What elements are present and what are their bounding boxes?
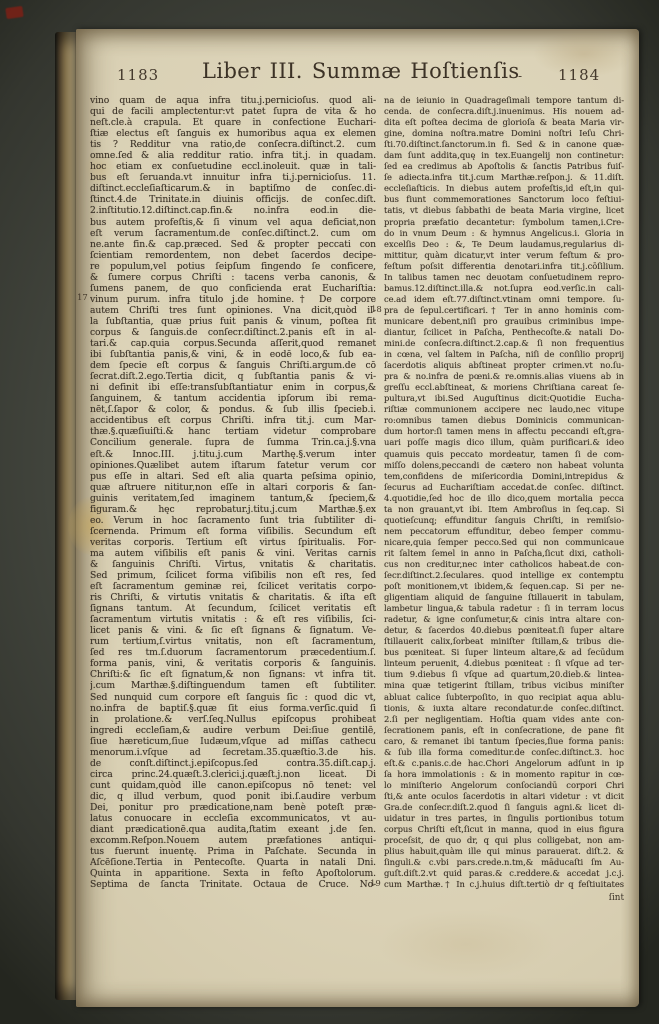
text-line: dam ſunt addita,quę in tex.Euangelij non…	[384, 150, 624, 161]
text-line: ſtiæ electus eſt ſanguis ex humoribus aq…	[90, 128, 376, 139]
text-line: Aſcēſione.Tertia in Pentecoſte. Quarta i…	[90, 857, 376, 868]
text-line: licet panis & vini. & ſic eſt ſignans & …	[90, 625, 376, 636]
text-line: cus non creditur,nec inter catholicos ha…	[384, 559, 624, 570]
text-line: bus autem profeſtis,& ſi vinum vel aqua …	[90, 217, 376, 228]
text-line: thæ.§.quæſiuiſti.& hanc tertiam videtur …	[90, 426, 376, 437]
text-line: cum Marthæ.† In c.j.huius diſt.tertiò dr…	[384, 879, 624, 890]
text-line: ſecurus ad Euchariſtiam accedat.de conſe…	[384, 482, 624, 493]
text-line: ſe adiecta.infra tit.j.cum Marthæ.reſpon…	[384, 172, 624, 183]
text-line: ro:omnibus tamen diebus Dominicis commun…	[384, 415, 624, 426]
text-line: caro, & remanet ibi tantum ſpecies,ſiue …	[384, 736, 624, 747]
text-line: tatis, vt diebus ſabbathi de beata Maria…	[384, 205, 624, 216]
text-line: Concilium generale. ſupra de ſumma Trin.…	[90, 437, 376, 448]
text-line: do in vnum Deum : & hymnus Angelicus.i. …	[384, 228, 624, 239]
text-line: 2.inſtitutio.12.diſtinct.cap.fin.& no.in…	[90, 205, 376, 216]
text-line: ſacramentum virtutis vnitatis : & eſt re…	[90, 614, 376, 625]
text-line: menorum.i.vſque ad ſecretam.35.quæſtio.3…	[90, 747, 376, 758]
text-line: Sed nunquid cum corpore eſt ſanguis ſic …	[90, 692, 376, 703]
text-line: miſſo dolens,peccandi de cætero non habe…	[384, 460, 624, 471]
text-line: la ſubſtantia, quæ prius fuit panis & vi…	[90, 316, 376, 327]
text-line: municare debent,niſi pro grauibus crimin…	[384, 316, 624, 327]
text-line: cenda. de conſecra.diſt.j.inuenimus. His…	[384, 106, 624, 117]
header-separator-mark: -	[518, 69, 522, 83]
text-column-right: na de ieiunio in Quadrageſimali tempore …	[384, 95, 624, 890]
text-line: ſed res tm.ſ.duorum ſacramentorum præced…	[90, 647, 376, 658]
text-line: riſtiæ communionem accipere nec laudo,ne…	[384, 404, 624, 415]
running-title: Liber III. Summæ Hoſtienſis	[202, 59, 520, 83]
text-line: greſſu eccl.abſtineat, & moriens Chriſti…	[384, 382, 624, 393]
text-line: proceſsit, de quo dr, q qui plus collige…	[384, 835, 624, 846]
text-line: tari.& cap.quia corpus.Secunda aſſerit,q…	[90, 338, 376, 349]
text-line: in prolatione.& verſ.ſeq.Nullus epiſcopu…	[90, 714, 376, 725]
text-line: ſanguinem, & tantum accidentia ipſorum i…	[90, 393, 376, 404]
text-line: detur, & ſacerdos 40.diebus pœniteat.ſi …	[384, 625, 624, 636]
text-line: neſt.cle.à crapula. Et quare in confecti…	[90, 117, 376, 128]
text-line: dum hortor:ſi tamen mens in affectu pecc…	[384, 426, 624, 437]
margin-section-number-18: 18	[371, 306, 382, 315]
text-line: eccleſiaſticis. In diebus autem profeſti…	[384, 183, 624, 194]
text-line: lo miniſterio Angelorum conſociandū corp…	[384, 780, 624, 791]
text-line: qui de facili amplectentur:vt patet ſupr…	[90, 106, 376, 117]
text-line: Sed primum, ſcilicet forma viſibilis non…	[90, 570, 376, 581]
text-line: quæ aſtruere nititur,non eſſe in altari …	[90, 482, 376, 493]
text-line: poſt monitionem,vt ibidem,& ſequen.cap. …	[384, 581, 624, 592]
margin-section-number-17: 17	[77, 294, 88, 303]
text-line: 2.ſi per negligentiam. Hoſtia quam vides…	[384, 714, 624, 725]
page-number-left: 1183	[117, 66, 159, 84]
text-line: tis ? Redditur vna ratio,de conſecra.diſ…	[90, 139, 376, 150]
text-line: ſa hora immolationis : & in momento rapi…	[384, 769, 624, 780]
text-line: pra & no.infra de pœni.& re.omnis.alias …	[384, 371, 624, 382]
text-line: & ſanguinis Chriſti. Virtus, vnitatis & …	[90, 559, 376, 570]
text-line: ſecrat.diſt.2.ego.Tertia dicit, q ſubſta…	[90, 371, 376, 382]
text-line: eſt.& Innoc.III. j.titu.j.cum Marthę.§.v…	[90, 449, 376, 460]
text-line: guſt.diſt.2.vt quid paras.& c.reddere.& …	[384, 868, 624, 879]
text-line: linteum peruenit, 4.diebus pœniteat : ſi…	[384, 658, 624, 669]
text-line: ſcientiam remordentem, non debet ſacerdo…	[90, 250, 376, 261]
text-line: ſti,& ante oculos ſacerdotis in altari v…	[384, 791, 624, 802]
text-line: abluat calice ſubterpoſito, in quo recip…	[384, 692, 624, 703]
text-line: ſumens panem, de quo conficienda erat Eu…	[90, 283, 376, 294]
text-line: bus eſt ſeruanda.vt innuitur infra ti.j.…	[90, 172, 376, 183]
text-line: In talibus tamen nec deuotam conſuetudin…	[384, 272, 624, 283]
text-line: bus fiunt commemorationes Sanctorum loco…	[384, 194, 624, 205]
text-line: feſtum poſsit differentia denotari.infra…	[384, 261, 624, 272]
text-line: uari poſſe magis dico illum, quàm purifi…	[384, 437, 624, 448]
text-line: tus fuerunt inuentę. Prima in Paſchate. …	[90, 846, 376, 857]
text-line: in cœna, vel ſaltem in Paſcha, niſi de c…	[384, 349, 624, 360]
text-line: veritas corporis. Tertium eſt virtus ſpi…	[90, 537, 376, 548]
text-line: Septima de ſancta Trinitate. Octaua de C…	[90, 879, 376, 890]
text-line: diant prædicationē.qua audita,ſtatim exe…	[90, 824, 376, 835]
text-line: no.infra de baptiſ.§.quæ ſit eius forma.…	[90, 703, 376, 714]
text-line: ne.ante fin.& cap.præced. Sed & propter …	[90, 239, 376, 250]
text-line: eſt.& c.panis.c.de hac.Chori Angelorum a…	[384, 758, 624, 769]
text-line: tionis, & iuxta altare recondatur.de con…	[384, 703, 624, 714]
text-line: omne.ſed & alia redditur ratio. infra ti…	[90, 150, 376, 161]
text-line: quotieſcunq; effunditur ſanguis Chriſti,…	[384, 515, 624, 526]
text-line: ta non grauant,vt ibi. Item Ambroſius in…	[384, 504, 624, 515]
text-line: Dei, ponitur pro prædicatione,nam benè p…	[90, 802, 376, 813]
text-line: mina quæ tetigerint ſtillam, tribus vici…	[384, 680, 624, 691]
text-line: mittitur, quàm dicatur,vt inter verum fe…	[384, 250, 624, 261]
text-line: diſtinct.eccleſiaſticarum.& in baptiſmo …	[90, 183, 376, 194]
text-line: Gra.de conſecr.diſt.2.quod ſi ſanguis ag…	[384, 802, 624, 813]
text-line: ſed ea credimus ab Apoſtolis & ſanctis P…	[384, 161, 624, 172]
text-line: figuram.& hęc reprobatur.j.titu.j.cum Ma…	[90, 504, 376, 515]
text-line: rit ſaltem ſemel in anno in Paſcha,ſicut…	[384, 548, 624, 559]
text-line: uidatur in tres partes, in ſingulis port…	[384, 813, 624, 824]
catchword: ſint	[424, 893, 646, 903]
red-registration-mark	[5, 6, 23, 19]
text-line: corpus Chriſti eſt,ſicut in manna, quod …	[384, 824, 624, 835]
text-line: ſti.70.diſtinct.ſanctorum.in fi. Sed & i…	[384, 139, 624, 150]
text-line: eſt verum ſacramentum.de conſec.diſtinct…	[90, 228, 376, 239]
text-line: ſcernenda. Primum eſt forma viſibilis. S…	[90, 526, 376, 537]
text-line: ma autem viſibilis eſt panis & vini. Ver…	[90, 548, 376, 559]
text-line: re populum,vel potius ſeipſum fingendo ſ…	[90, 261, 376, 272]
text-line: ſtinct.4.de Trinitate.in diuinis officij…	[90, 194, 376, 205]
text-line: nem peccatorum effunditur, debeo ſemper …	[384, 526, 624, 537]
text-line: latus conuocare in eccleſia excommunicat…	[90, 813, 376, 824]
text-line: propria præfatio decantetur: ſymbolum ta…	[384, 217, 624, 228]
text-line: accidentibus eſt corpus Chriſti. infra t…	[90, 415, 376, 426]
text-line: ſignans tantum. At ſecundum, ſcilicet ve…	[90, 603, 376, 614]
text-line: j.cum Marthæ.§.diſtinguendum tamen eſt ſ…	[90, 680, 376, 691]
text-line: & ſub illa forma comeditur.de conſec.diſ…	[384, 747, 624, 758]
text-line: Chriſti:& ſic eſt ſignatum,& non ſignans…	[90, 669, 376, 680]
text-line: vinum purum. infra titulo j.de homine.† …	[90, 294, 376, 305]
book-page: 1183 Liber III. Summæ Hoſtienſis - 1184 …	[76, 29, 639, 1007]
text-line: ris Chriſti, & virtutis vnitatis & chari…	[90, 592, 376, 603]
paper-stain	[376, 909, 556, 979]
text-line: ſacerdotis aliquis abſtineat propter cri…	[384, 360, 624, 371]
text-line: bamus.12.diſtinct.illa.& not.ſupra eod.v…	[384, 283, 624, 294]
text-line: de conſt.diſtinct.j.epiſcopus.ſed contra…	[90, 758, 376, 769]
text-line: autem Chriſti tres ſunt opiniones. Vna d…	[90, 305, 376, 316]
page-number-right: 1184	[558, 66, 600, 84]
text-line: tem,confidens de miſericordia Domini,int…	[384, 471, 624, 482]
text-line: nicare,quia ſemper pecco.Sed qui non com…	[384, 537, 624, 548]
text-column-left: vino quam de aqua infra titu.j.pernicioſ…	[90, 95, 376, 890]
text-line: rum tertium,ſ.virtus vnitatis, non eſt ſ…	[90, 636, 376, 647]
text-line: excomm.Reſpon.Nouem autem præfationes an…	[90, 835, 376, 846]
text-line: dita eſt poſtea decima de glorioſa & bea…	[384, 117, 624, 128]
text-line: ce.ad idem eſt.77.diſtinct.vtinam omni t…	[384, 294, 624, 305]
text-line: ſecrationem panis, eſt in conſecratione,…	[384, 725, 624, 736]
text-line: 4.quotidie,ſed hoc de illo dico,quem mor…	[384, 493, 624, 504]
text-line: circa princ.24.quæſt.3.clerici.j.quæſt.j…	[90, 769, 376, 780]
margin-section-number-19: 19	[370, 880, 381, 889]
text-line: & ſumere corpus Chriſti : tacens verba c…	[90, 272, 376, 283]
text-line: guinis veritatem,ſed imaginem tantum,& ſ…	[90, 493, 376, 504]
text-line: quamuis quis peccato mordeatur, tamen ſi…	[384, 449, 624, 460]
text-line: na de ieiunio in Quadrageſimali tempore …	[384, 95, 624, 106]
text-line: tium 9.diebus ſi vſque ad quartum,20.die…	[384, 669, 624, 680]
text-line: nēt,ſ.ſapor & color, & pondus. & ſub ill…	[90, 404, 376, 415]
text-line: gligentiam aliquid de ſanguine ſtillauer…	[384, 592, 624, 603]
text-line: plius habuit,quàm ille qui minus parauer…	[384, 846, 624, 857]
text-line: eo. Verum in hoc ſacramento ſunt tria ſu…	[90, 515, 376, 526]
text-line: eſt ſacramentum geminæ rei, ſcilicet ver…	[90, 581, 376, 592]
text-line: ibi ſubſtantia panis,& vini, & in eodē l…	[90, 349, 376, 360]
text-line: gine, domina noſtra.matre Domini noſtri …	[384, 128, 624, 139]
text-line: corpus & ſanguis.de conſecr.diſtinct.2.p…	[90, 327, 376, 338]
text-line: ingredi eccleſiam,& audire verbum Dei:ſi…	[90, 725, 376, 736]
text-line: diantur, ſcilicet in Paſcha, Penthecoſte…	[384, 327, 624, 338]
text-line: vino quam de aqua infra titu.j.pernicioſ…	[90, 95, 376, 106]
text-line: forma panis, vini, & veritatis corporis …	[90, 658, 376, 669]
text-line: excelſis Deo : &, Te Deum laudamus,regul…	[384, 239, 624, 250]
text-line: radetur, & igne conſumetur,& cinis intra…	[384, 614, 624, 625]
text-line: pus eſſe in altari. Sed eſt alia quarta …	[90, 471, 376, 482]
text-line: mini.de conſecra.diſtinct.2.cap.& ſi non…	[384, 338, 624, 349]
text-line: opiniones.Quælibet autem iſtarum fatetur…	[90, 460, 376, 471]
text-line: dem ſpecie eſt corpus & ſanguis Chriſti.…	[90, 360, 376, 371]
text-line: ſtillauerit calix,ſorbeat miniſter ſtill…	[384, 636, 624, 647]
text-line: ſecr.diſtinct.2.ſeculares. quod intellig…	[384, 570, 624, 581]
text-line: ſinguli.& c.vbi pars.crede.n.tm,& māduca…	[384, 857, 624, 868]
text-line: ſiue hæreticum,ſiue Iudæum,vſque ad miſſ…	[90, 736, 376, 747]
text-line: pultura,vt ibi.Sed Auguſtinus dicit:Quot…	[384, 393, 624, 404]
text-line: pra de ſepul.certificari.† Ter in anno h…	[384, 305, 624, 316]
text-line: bus pœniteat. Si ſuper linteum altare,& …	[384, 647, 624, 658]
text-line: ni definit ibi eſſe:transſubſtantiatur e…	[90, 382, 376, 393]
text-line: cunt quidam,quòd ille canon.epiſcopus nō…	[90, 780, 376, 791]
text-line: dic, q illud verbum, quod ponit ibi.ſ.au…	[90, 791, 376, 802]
text-line: lambetur lingua,& tabula radetur : ſi in…	[384, 603, 624, 614]
text-line: hoc etiam ex conſuetudine eccl.inoleuit.…	[90, 161, 376, 172]
text-line: Quinta in apparitione. Sexta in feſto Ap…	[90, 868, 376, 879]
